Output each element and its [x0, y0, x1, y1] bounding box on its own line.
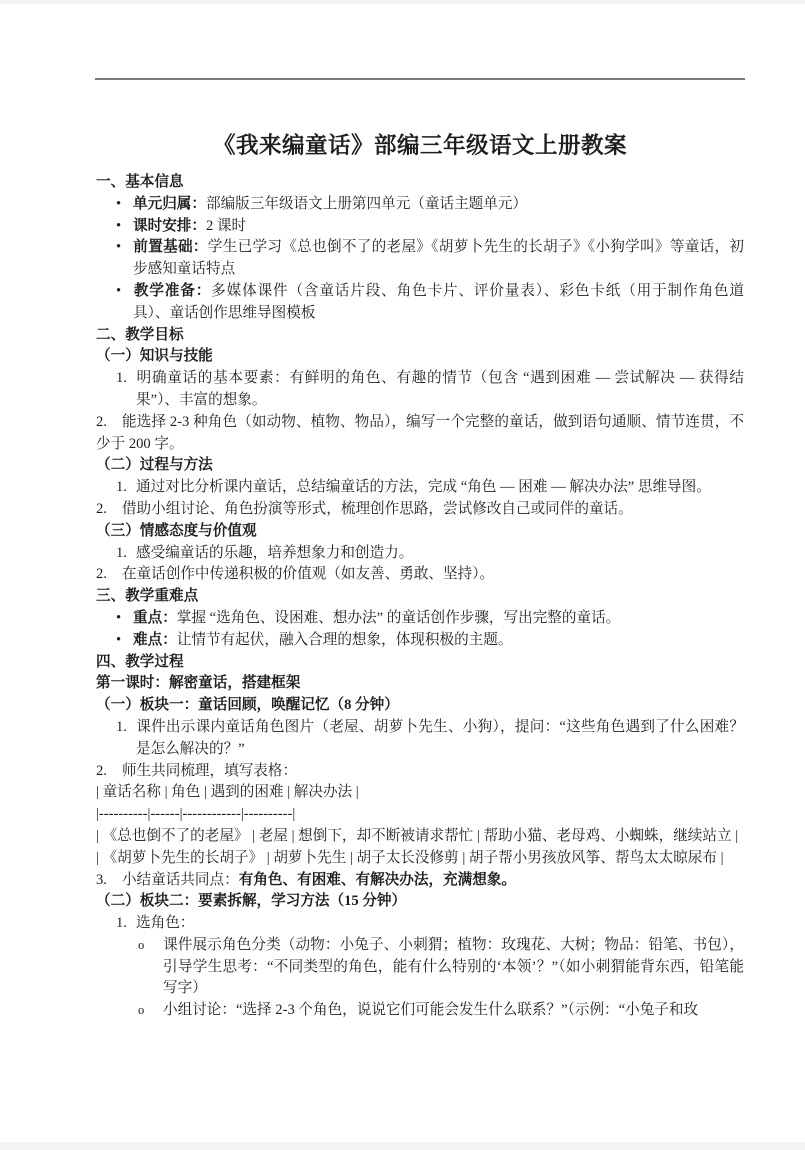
doc-line-numhang: 1.明确童话的基本要素：有鲜明的角色、有趣的情节（包含 “遇到困难 — 尝试解决… — [96, 368, 744, 412]
doc-line-numflat: 2.在童话创作中传递积极的价值观（如友善、勇敢、坚持）。 — [96, 564, 744, 586]
text-segment: 明确童话的基本要素：有鲜明的角色、有趣的情节（包含 “遇到困难 — 尝试解决 —… — [136, 370, 744, 408]
doc-line-bullet: •重点：掌握 “选角色、设困难、想办法” 的童话创作步骤，写出完整的童话。 — [96, 608, 744, 630]
text-segment: 多媒体课件（含童话片段、角色卡片、评价量表）、彩色卡纸（用于制作角色道具）、童话… — [133, 283, 744, 321]
circle-bullet-marker: o — [96, 1000, 163, 1022]
number-marker: 1. — [96, 717, 136, 739]
doc-line-heading: （二）过程与方法 — [96, 455, 744, 477]
doc-line-bullet: •单元归属：部编版三年级语文上册第四单元（童话主题单元） — [96, 194, 744, 216]
text-segment-bold: （二）过程与方法 — [96, 457, 213, 473]
doc-line-numhang: 1.选角色： — [96, 913, 744, 935]
text-segment-bold: 第一课时：解密童话，搭建框架 — [96, 675, 300, 691]
doc-line-numflat: 2.借助小组讨论、角色扮演等形式，梳理创作思路，尝试修改自己或同伴的童话。 — [96, 499, 744, 521]
bullet-marker: • — [96, 630, 133, 652]
doc-line-heading: （三）情感态度与价值观 — [96, 521, 744, 543]
text-segment: 小组讨论：“选择 2-3 个角色，说说它们可能会发生什么联系？”（示例：“小兔子… — [163, 1002, 698, 1018]
bullet-marker: • — [96, 216, 133, 238]
text-segment: 师生共同梳理，填写表格： — [122, 763, 297, 779]
text-segment-bold: （三）情感态度与价值观 — [96, 523, 257, 539]
document-content: 《我来编童话》部编三年级语文上册教案 一、基本信息•单元归属：部编版三年级语文上… — [96, 4, 744, 1022]
doc-line-heading: 二、教学目标 — [96, 325, 744, 347]
bullet-marker: • — [96, 194, 133, 216]
doc-line-numflat: 3.小结童话共同点：有角色、有困难、有解决办法，充满想象。 — [96, 870, 744, 892]
text-segment-bold: （二）板块二：要素拆解，学习方法（15 分钟） — [96, 893, 406, 909]
number-marker: 2. — [96, 414, 107, 430]
text-segment: 通过对比分析课内童话，总结编童话的方法，完成 “角色 — 困难 — 解决办法” … — [136, 479, 711, 495]
text-segment-bold: 难点： — [133, 632, 177, 648]
bullet-marker: • — [96, 237, 133, 259]
doc-line-bullet: •前置基础：学生已学习《总也倒不了的老屋》《胡萝卜先生的长胡子》《小狗学叫》等童… — [96, 237, 744, 281]
text-segment: | 童话名称 | 角色 | 遇到的困难 | 解决办法 | — [96, 784, 359, 800]
number-marker: 1. — [96, 543, 136, 565]
circle-bullet-marker: o — [96, 935, 163, 957]
doc-line-plain: | 童话名称 | 角色 | 遇到的困难 | 解决办法 | — [96, 782, 744, 804]
number-marker: 2. — [96, 501, 107, 517]
doc-line-bullet: •难点：让情节有起伏，融入合理的想象，体现积极的主题。 — [96, 630, 744, 652]
number-marker: 1. — [96, 477, 136, 499]
doc-line-numflat: 2.师生共同梳理，填写表格： — [96, 761, 744, 783]
text-segment-bold: （一）板块一：童话回顾，唤醒记忆（8 分钟） — [96, 697, 399, 713]
text-segment: 选角色： — [136, 915, 194, 931]
text-segment: 课件出示课内童话角色图片（老屋、胡萝卜先生、小狗），提问：“这些角色遇到了什么困… — [136, 719, 744, 757]
text-segment: 借助小组讨论、角色扮演等形式，梳理创作思路，尝试修改自己或同伴的童话。 — [122, 501, 633, 517]
text-segment-bold: 有角色、有困难、有解决办法，充满想象。 — [239, 872, 516, 888]
doc-line-heading: （二）板块二：要素拆解，学习方法（15 分钟） — [96, 891, 744, 913]
bullet-marker: • — [96, 281, 133, 303]
doc-line-plain: |----------|------|------------|--------… — [96, 804, 744, 826]
doc-line-heading: 第一课时：解密童话，搭建框架 — [96, 673, 744, 695]
doc-line-heading: 一、基本信息 — [96, 172, 744, 194]
text-segment: 课件展示角色分类（动物：小兔子、小刺猬；植物：玫瑰花、大树；物品：铅笔、书包），… — [163, 937, 744, 997]
text-segment-bold: 课时安排： — [133, 218, 206, 234]
text-segment: 在童话创作中传递积极的价值观（如友善、勇敢、坚持）。 — [122, 566, 494, 582]
doc-line-heading: 三、教学重难点 — [96, 586, 744, 608]
text-segment-bold: 前置基础： — [133, 239, 208, 255]
text-segment-bold: （一）知识与技能 — [96, 348, 213, 364]
document-page: 《我来编童话》部编三年级语文上册教案 一、基本信息•单元归属：部编版三年级语文上… — [0, 4, 805, 1142]
text-segment: | 《总也倒不了的老屋》 | 老屋 | 想倒下，却不断被请求帮忙 | 帮助小猫、… — [96, 828, 738, 844]
doc-line-plain: | 《胡萝卜先生的长胡子》 | 胡萝卜先生 | 胡子太长没修剪 | 胡子帮小男孩… — [96, 848, 744, 870]
doc-line-numhang: 1.通过对比分析课内童话，总结编童话的方法，完成 “角色 — 困难 — 解决办法… — [96, 477, 744, 499]
text-segment: 学生已学习《总也倒不了的老屋》《胡萝卜先生的长胡子》《小狗学叫》等童话，初步感知… — [133, 239, 744, 277]
text-segment: 小结童话共同点： — [122, 872, 239, 888]
number-marker: 2. — [96, 566, 107, 582]
text-segment-bold: 三、教学重难点 — [96, 588, 198, 604]
text-segment: 部编版三年级语文上册第四单元（童话主题单元） — [206, 196, 527, 212]
text-segment-bold: 重点： — [133, 610, 177, 626]
number-marker: 1. — [96, 913, 136, 935]
doc-line-numhang: 1.课件出示课内童话角色图片（老屋、胡萝卜先生、小狗），提问：“这些角色遇到了什… — [96, 717, 744, 761]
doc-line-obullet: o小组讨论：“选择 2-3 个角色，说说它们可能会发生什么联系？”（示例：“小兔… — [96, 1000, 744, 1022]
text-segment: 2 课时 — [206, 218, 246, 234]
doc-line-obullet: o课件展示角色分类（动物：小兔子、小刺猬；植物：玫瑰花、大树；物品：铅笔、书包）… — [96, 935, 744, 1000]
doc-line-heading: （一）板块一：童话回顾，唤醒记忆（8 分钟） — [96, 695, 744, 717]
number-marker: 2. — [96, 763, 107, 779]
text-segment: 让情节有起伏，融入合理的想象，体现积极的主题。 — [177, 632, 513, 648]
text-segment-bold: 二、教学目标 — [96, 327, 184, 343]
text-segment-bold: 教学准备： — [133, 283, 211, 299]
bullet-marker: • — [96, 608, 133, 630]
doc-line-heading: （一）知识与技能 — [96, 346, 744, 368]
doc-line-plain: | 《总也倒不了的老屋》 | 老屋 | 想倒下，却不断被请求帮忙 | 帮助小猫、… — [96, 826, 744, 848]
doc-line-numflat: 2.能选择 2-3 种角色（如动物、植物、物品），编写一个完整的童话，做到语句通… — [96, 412, 744, 456]
doc-line-numhang: 1.感受编童话的乐趣，培养想象力和创造力。 — [96, 543, 744, 565]
text-segment: | 《胡萝卜先生的长胡子》 | 胡萝卜先生 | 胡子太长没修剪 | 胡子帮小男孩… — [96, 850, 724, 866]
text-segment: 能选择 2-3 种角色（如动物、植物、物品），编写一个完整的童话，做到语句通顺、… — [96, 414, 744, 452]
text-segment-bold: 单元归属： — [133, 196, 206, 212]
document-body: 一、基本信息•单元归属：部编版三年级语文上册第四单元（童话主题单元）•课时安排：… — [96, 172, 744, 1022]
number-marker: 1. — [96, 368, 136, 390]
number-marker: 3. — [96, 872, 107, 888]
text-segment: 掌握 “选角色、设困难、想办法” 的童话创作步骤，写出完整的童话。 — [177, 610, 620, 626]
doc-line-heading: 四、教学过程 — [96, 652, 744, 674]
text-segment-bold: 一、基本信息 — [96, 174, 184, 190]
doc-line-bullet: •课时安排：2 课时 — [96, 216, 744, 238]
doc-line-bullet: •教学准备：多媒体课件（含童话片段、角色卡片、评价量表）、彩色卡纸（用于制作角色… — [96, 281, 744, 325]
text-segment-bold: 四、教学过程 — [96, 654, 184, 670]
document-viewport: { "doc": { "title": "《我来编童话》部编三年级语文上册教案"… — [0, 0, 805, 1150]
document-title: 《我来编童话》部编三年级语文上册教案 — [96, 130, 744, 162]
text-segment: 感受编童话的乐趣，培养想象力和创造力。 — [136, 545, 413, 561]
text-segment: |----------|------|------------|--------… — [96, 806, 295, 822]
